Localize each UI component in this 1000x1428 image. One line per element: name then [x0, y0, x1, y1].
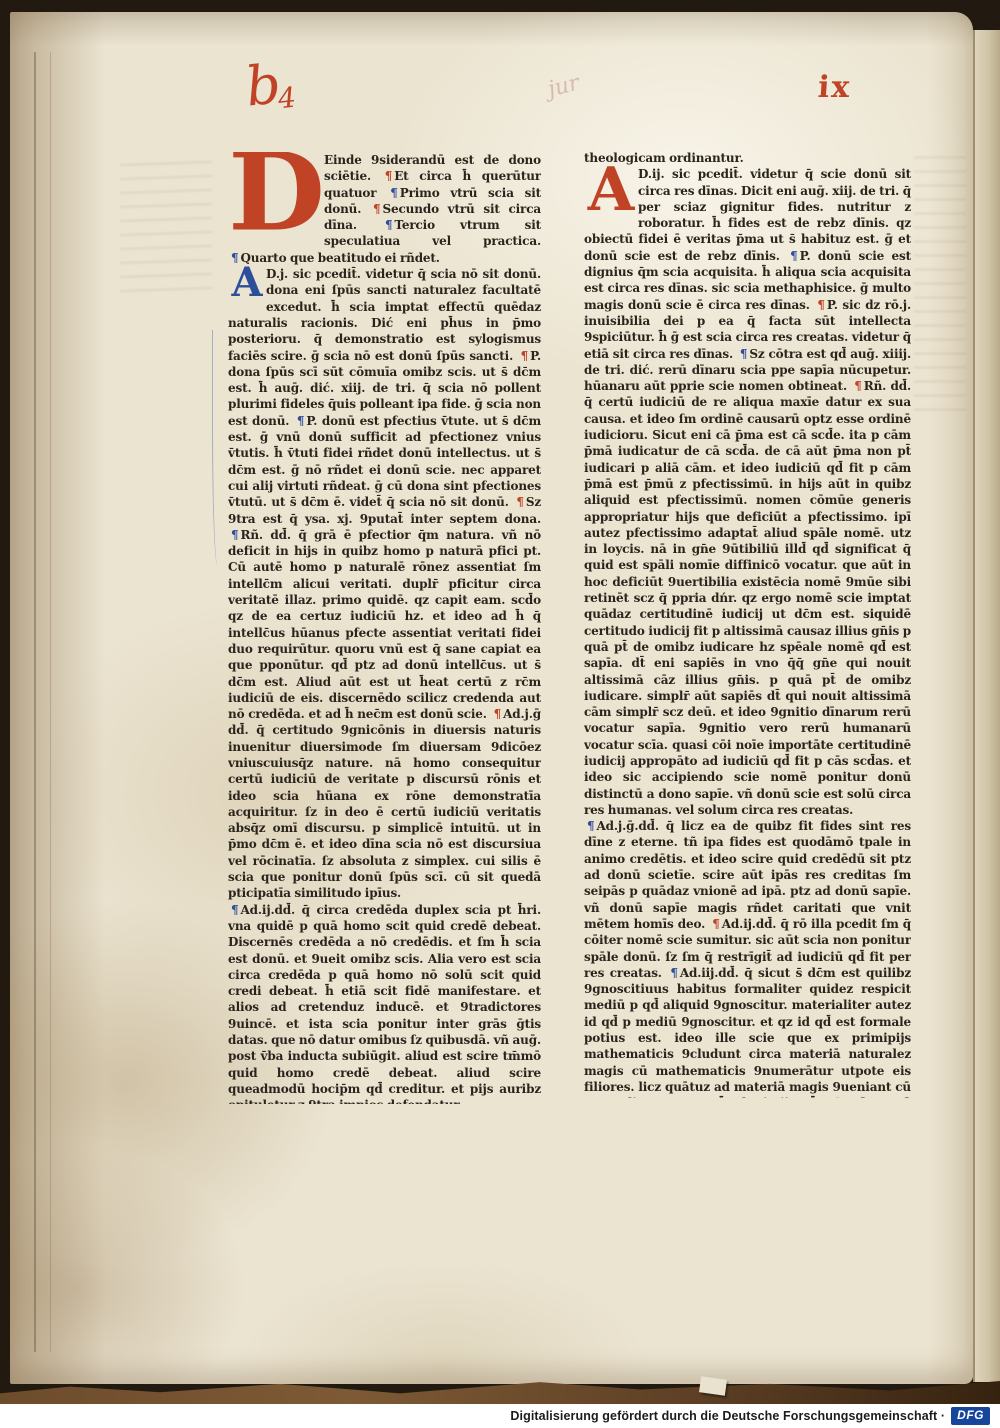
gutter-fold-line [50, 52, 51, 1352]
pilcrow-mark: ¶ [294, 414, 307, 428]
paragraph: AD.j. sic pcedit̄. videtur q̄ scia nō si… [228, 266, 541, 902]
illuminated-initial: A [228, 266, 266, 299]
manuscript-scan: { "page": { "folio_number": "ix", "quire… [0, 0, 1000, 1428]
quire-signature-leaf: 4 [276, 81, 297, 116]
paragraph: DEinde 9siderandū est de dono sciētie. ¶… [228, 152, 541, 266]
paragraph: ¶Ad.ij.dd̄. q̄ circa credēda duplex scia… [228, 902, 541, 1104]
marginal-hairline [212, 330, 221, 565]
pilcrow-mark: ¶ [667, 966, 680, 980]
pilcrow-mark: ¶ [709, 917, 722, 931]
pilcrow-mark: ¶ [228, 528, 241, 542]
pilcrow-mark: ¶ [228, 903, 241, 917]
quire-signature: b4 [243, 55, 301, 114]
pilcrow-mark: ¶ [518, 349, 531, 363]
pilcrow-mark: ¶ [491, 707, 504, 721]
text-column-left: DEinde 9siderandū est de dono sciētie. ¶… [228, 152, 541, 1104]
pilcrow-mark: ¶ [814, 298, 827, 312]
pilcrow-mark: ¶ [370, 202, 383, 216]
illuminated-initial: A [584, 166, 638, 215]
pilcrow-mark: ¶ [737, 347, 750, 361]
paragraph: theologicam ordinantur. [584, 150, 911, 166]
pilcrow-mark: ¶ [513, 495, 526, 509]
pilcrow-mark: ¶ [387, 186, 400, 200]
book-fore-edge [973, 30, 1000, 1382]
pilcrow-mark: ¶ [382, 218, 395, 232]
pilcrow-mark: ¶ [382, 169, 395, 183]
pilcrow-mark: ¶ [851, 379, 864, 393]
paragraph: AD.ij. sic pcedit̄. videtur q̄ scie donū… [584, 166, 911, 818]
pilcrow-mark: ¶ [787, 249, 800, 263]
dfg-logo: DFG [951, 1407, 990, 1425]
banner-caption: Digitalisierung gefördert durch die Deut… [510, 1409, 945, 1423]
paragraph: ¶Ad.j.ḡ.dd̄. q̄ licz ea de quibz fit fid… [584, 818, 911, 1098]
digitisation-banner: Digitalisierung gefördert durch die Deut… [0, 1404, 1000, 1428]
parchment-tear-tab [699, 1376, 727, 1395]
folio-number: ix [817, 70, 853, 105]
text-column-right: theologicam ordinantur.AD.ij. sic pcedit… [584, 150, 911, 1098]
gutter-fold-line [34, 52, 36, 1352]
ink-bleedthrough [914, 156, 966, 416]
pilcrow-mark: ¶ [584, 819, 597, 833]
illuminated-initial: D [228, 154, 324, 233]
ink-bleedthrough [120, 160, 212, 303]
